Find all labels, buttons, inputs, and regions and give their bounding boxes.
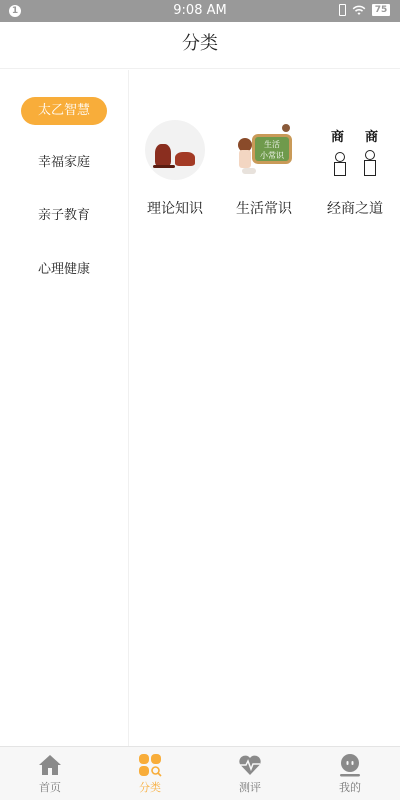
wifi-icon — [352, 5, 366, 16]
sidebar-item-parenting[interactable]: 亲子教育 — [21, 202, 107, 230]
category-label: 生活常识 — [219, 198, 309, 218]
tab-label: 测评 — [200, 779, 300, 795]
home-icon — [38, 753, 62, 777]
life-tips-board-image: 生活小常识 — [234, 120, 294, 180]
page-title: 分类 — [0, 22, 400, 66]
category-life-tips[interactable]: 生活小常识 生活常识 — [219, 120, 309, 218]
sidebar-item-taiyi-wisdom[interactable]: 太乙智慧 — [21, 97, 107, 125]
tab-home[interactable]: 首页 — [0, 747, 100, 800]
heartbeat-icon — [238, 753, 262, 777]
tab-label: 首页 — [0, 779, 100, 795]
tab-profile[interactable]: 我的 — [300, 747, 400, 800]
battery-icon: 75 — [372, 4, 390, 16]
category-business-way[interactable]: 商 商 经商之道 — [310, 120, 400, 218]
category-label: 理论知识 — [130, 198, 220, 218]
tab-label: 我的 — [300, 779, 400, 795]
tab-assessment[interactable]: 测评 — [200, 747, 300, 800]
category-label: 经商之道 — [310, 198, 400, 218]
tab-label: 分类 — [100, 779, 200, 795]
tab-category[interactable]: 分类 — [100, 747, 200, 800]
sidebar-item-happy-family[interactable]: 幸福家庭 — [21, 149, 107, 177]
scholars-teaching-image — [145, 120, 205, 180]
category-grid: 理论知识 生活小常识 生活常识 商 商 经商之道 — [130, 70, 400, 746]
category-icon — [138, 753, 162, 777]
category-sidebar: 太乙智慧 幸福家庭 亲子教育 心理健康 — [0, 70, 129, 746]
bottom-tab-bar: 首页 分类 测评 — [0, 746, 400, 800]
category-theory-knowledge[interactable]: 理论知识 — [130, 120, 220, 218]
sidebar-item-mental-health[interactable]: 心理健康 — [21, 256, 107, 284]
status-bar: 1 9:08 AM 75 — [0, 0, 400, 22]
profile-icon — [338, 753, 362, 777]
vibrate-icon — [339, 4, 346, 16]
header: 分类 — [0, 22, 400, 69]
business-cartoon-image: 商 商 — [325, 120, 385, 180]
